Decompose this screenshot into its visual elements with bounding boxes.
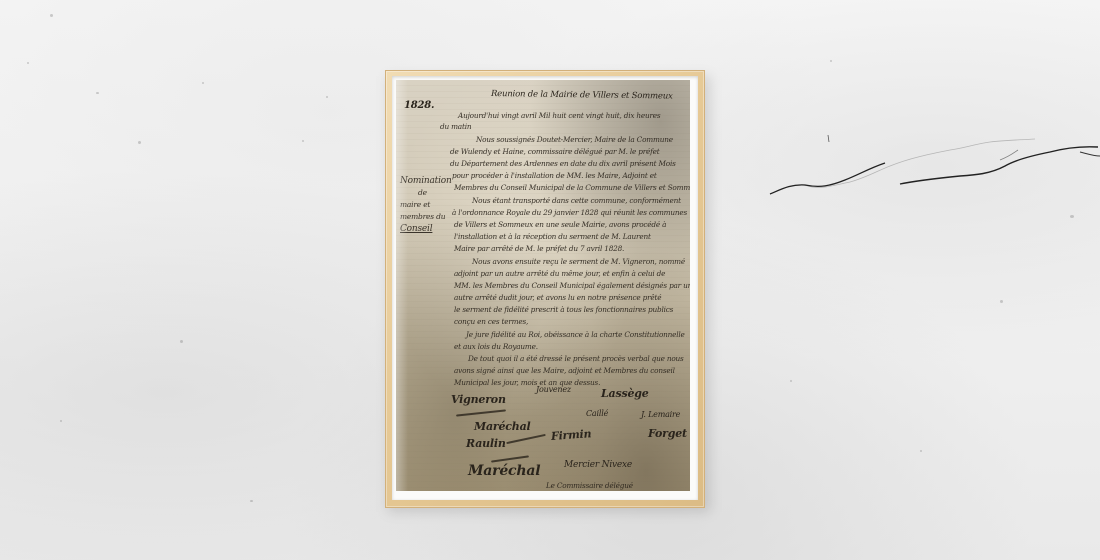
document-year: 1828. [404, 100, 434, 111]
signature: Lassège [601, 387, 649, 400]
wall-speck [60, 420, 62, 422]
wall-speck [180, 340, 183, 343]
document-line: Municipal les jour, mois et an que dessu… [454, 379, 600, 386]
signature: Raulin [466, 437, 506, 450]
document-line: et aux lois du Royaume. [454, 343, 538, 350]
document-line: Maire par arrêté de M. le préfet du 7 av… [454, 245, 624, 252]
document-line: De tout quoi il a été dressé le présent … [468, 355, 684, 362]
wall-crack [760, 130, 1100, 210]
signature: Caillé [586, 409, 608, 418]
wall-speck [790, 380, 792, 382]
margin-note: Nomination [400, 176, 452, 186]
margin-note: maire et [400, 200, 430, 209]
wall-speck [1070, 215, 1074, 218]
document-line: Nous avons ensuite reçu le serment de M.… [472, 258, 685, 265]
signature: Maréchal [474, 420, 531, 433]
handwritten-document: 1828. Reunion de la Mairie de Villers et… [396, 80, 690, 491]
document-line: le serment de fidélité prescrit à tous l… [454, 306, 673, 313]
frame-mat: 1828. Reunion de la Mairie de Villers et… [392, 76, 698, 500]
wall-speck [202, 82, 204, 84]
signature-flourish [456, 409, 506, 416]
signature: Vigneron [451, 393, 506, 406]
wall-speck [830, 60, 832, 62]
wall-speck [50, 14, 53, 17]
signature: Jouvenez [536, 385, 571, 394]
document-line: à l'ordonnance Royale du 29 janvier 1828… [452, 209, 687, 216]
closing-text: Le Commissaire délégué [546, 482, 633, 489]
document-title: Reunion de la Mairie de Villers et Somme… [491, 89, 673, 102]
signature: Forget [648, 427, 687, 440]
document-line: adjoint par un autre arrêté du même jour… [454, 270, 665, 277]
document-line: avons signé ainsi que les Maire, adjoint… [454, 367, 675, 374]
signature-flourish [506, 434, 546, 444]
wall-speck [1000, 300, 1003, 303]
document-line: pour procéder à l'installation de MM. le… [452, 172, 657, 179]
document-line: Je jure fidélité au Roi, obéissance à la… [466, 331, 685, 338]
signature: J. Lemaire [641, 410, 680, 419]
signature-flourish [491, 455, 529, 462]
document-line: MM. les Membres du Conseil Municipal éga… [454, 282, 690, 289]
document-line: Nous étant transporté dans cette commune… [472, 197, 681, 204]
signature: Mercier Nivexe [564, 460, 632, 470]
wall-speck [302, 140, 304, 142]
document-line: Aujourd'hui vingt avril Mil huit cent vi… [458, 112, 660, 119]
margin-note: de [418, 188, 427, 197]
document-line: conçu en ces termes, [454, 318, 528, 325]
document-line: Membres du Conseil Municipal de la Commu… [454, 184, 690, 191]
wall-speck [326, 96, 328, 98]
document-line: de Wulendy et Haine, commissaire délégué… [450, 148, 660, 155]
document-line: du Département des Ardennes en date du d… [450, 160, 676, 167]
wall-speck [250, 500, 253, 502]
wall-speck [27, 62, 29, 64]
document-line: de Villers et Sommeux en une seule Mairi… [454, 221, 666, 228]
wall-speck [138, 141, 141, 144]
document-line: l'installation et à la réception du serm… [454, 233, 651, 240]
wall-speck [920, 450, 922, 452]
signature: Firmin [551, 427, 592, 443]
document-line: Nous soussignés Doutet-Mercier, Maire de… [476, 136, 673, 143]
margin-note: Conseil [400, 224, 432, 234]
margin-note: membres du [400, 212, 445, 221]
signature: Maréchal [468, 463, 540, 479]
document-line: du matin [440, 123, 471, 130]
wall-speck [96, 92, 99, 94]
document-line: autre arrêté dudit jour, et avons lu en … [454, 294, 661, 301]
picture-frame: 1828. Reunion de la Mairie de Villers et… [385, 70, 705, 508]
